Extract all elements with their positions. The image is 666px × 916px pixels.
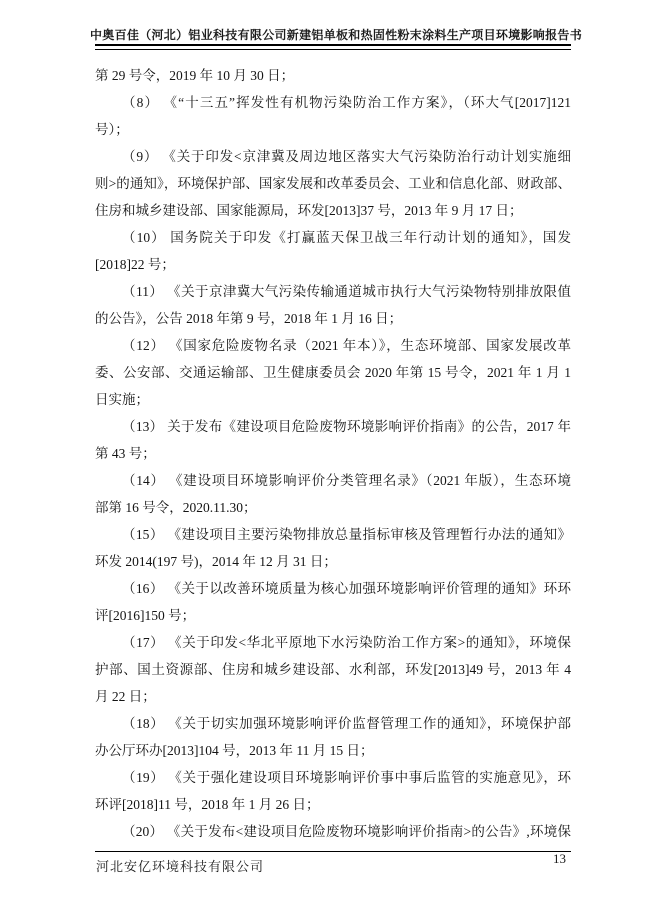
body-line: 月 22 日； (95, 683, 571, 710)
body-line: 号）； (95, 116, 571, 143)
body-line: 第 29 号令，2019 年 10 月 30 日； (95, 62, 571, 89)
body-line: 第 43 号； (95, 440, 571, 467)
body-line: （8） 《“十三五”挥发性有机物污染防治工作方案》，（环大气[2017]121 (95, 89, 571, 116)
body-line: 日实施； (95, 386, 571, 413)
body-line: 评[2016]150 号； (95, 602, 571, 629)
header-title: 中奥百佳（河北）铝业科技有限公司新建铝单板和热固性粉末涂料生产项目环境影响报告书 (90, 26, 576, 43)
body-lines: 第 29 号令，2019 年 10 月 30 日；（8） 《“十三五”挥发性有机… (95, 62, 571, 845)
footer-rule (95, 851, 571, 852)
body-line: 环发 2014(197 号)，2014 年 12 月 31 日； (95, 548, 571, 575)
body-line: （14） 《建设项目环境影响评价分类管理名录》（2021 年版），生态环境 (95, 467, 571, 494)
body-line: 委、公安部、交通运输部、卫生健康委员会 2020 年第 15 号令，2021 年… (95, 359, 571, 386)
body-line: （9） 《关于印发<京津冀及周边地区落实大气污染防治行动计划实施细 (95, 143, 571, 170)
body-line: （16） 《关于以改善环境质量为核心加强环境影响评价管理的通知》环环 (95, 575, 571, 602)
body-line: （10） 国务院关于印发《打赢蓝天保卫战三年行动计划的通知》，国发 (95, 224, 571, 251)
body-line: （11） 《关于京津冀大气污染传输通道城市执行大气污染物特别排放限值 (95, 278, 571, 305)
body-line: 护部、国土资源部、住房和城乡建设部、水利部，环发[2013]49 号，2013 … (95, 656, 571, 683)
body-line: 部第 16 号令，2020.11.30； (95, 494, 571, 521)
header-rule (95, 44, 571, 50)
footer-page-number: 13 (553, 851, 566, 867)
body-line: [2018]22 号； (95, 251, 571, 278)
body-line: （17） 《关于印发<华北平原地下水污染防治工作方案>的通知》，环境保 (95, 629, 571, 656)
body-line: （12） 《国家危险废物名录（2021 年本）》，生态环境部、国家发展改革 (95, 332, 571, 359)
document-page: 中奥百佳（河北）铝业科技有限公司新建铝单板和热固性粉末涂料生产项目环境影响报告书… (0, 0, 666, 916)
body-line: （20） 《关于发布<建设项目危险废物环境影响评价指南>的公告》,环境保 (95, 818, 571, 845)
body-line: （19） 《关于强化建设项目环境影响评价事中事后监管的实施意见》，环 (95, 764, 571, 791)
footer-company: 河北安亿环境科技有限公司 (96, 856, 264, 875)
body-line: （13） 关于发布《建设项目危险废物环境影响评价指南》的公告，2017 年 (95, 413, 571, 440)
body-line: 环评[2018]11 号，2018 年 1 月 26 日； (95, 791, 571, 818)
body-line: 住房和城乡建设部、国家能源局，环发[2013]37 号，2013 年 9 月 1… (95, 197, 571, 224)
body-line: 则>的通知》，环境保护部、国家发展和改革委员会、工业和信息化部、财政部、 (95, 170, 571, 197)
body-line: （15） 《建设项目主要污染物排放总量指标审核及管理暂行办法的通知》 (95, 521, 571, 548)
body-line: （18） 《关于切实加强环境影响评价监督管理工作的通知》，环境保护部 (95, 710, 571, 737)
body-line: 的公告》，公告 2018 年第 9 号，2018 年 1 月 16 日； (95, 305, 571, 332)
body-line: 办公厅环办[2013]104 号，2013 年 11 月 15 日； (95, 737, 571, 764)
